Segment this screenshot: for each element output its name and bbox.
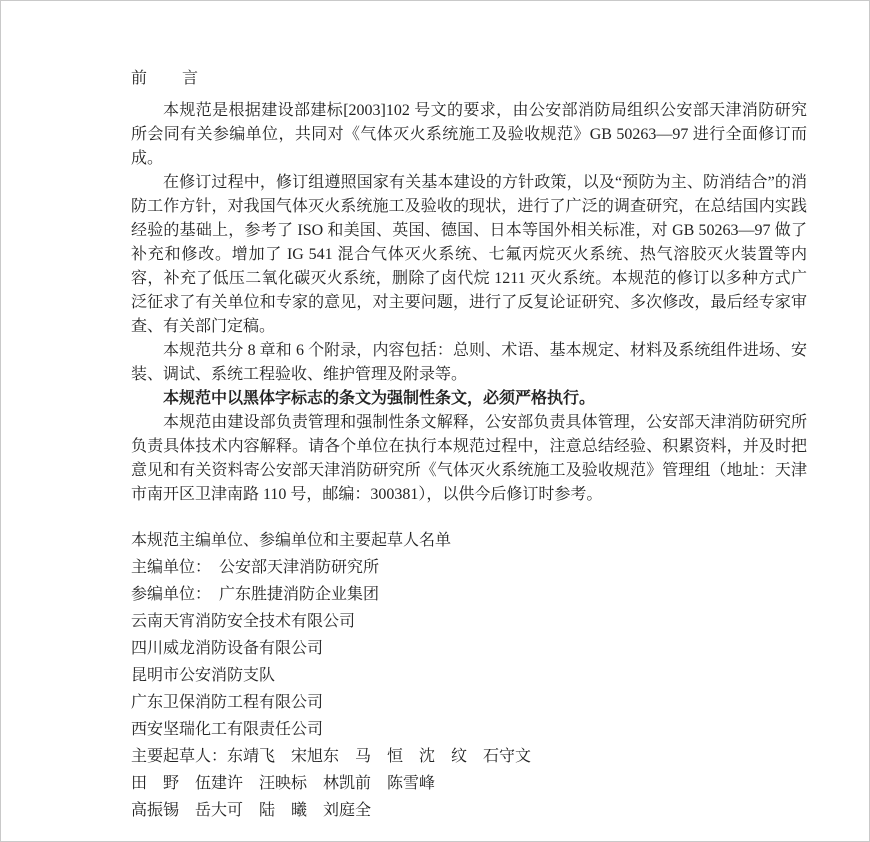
- drafters-line: 主要起草人：东靖飞 宋旭东 马 恒 沈 纹 石守文: [131, 743, 807, 770]
- co-editor-line: 参编单位： 广东胜捷消防企业集团: [131, 581, 807, 608]
- drafters-line: 田 野 伍建许 汪映标 林凯前 陈雪峰: [131, 770, 807, 797]
- foreword-title: 前 言: [131, 69, 807, 89]
- co-editor-line: 云南天宵消防安全技术有限公司: [131, 608, 807, 635]
- paragraph-revision-process: 在修订过程中，修订组遵照国家有关基本建设的方针政策，以及“预防为主、防消结合”的…: [131, 171, 807, 339]
- chief-editor-line: 主编单位： 公安部天津消防研究所: [131, 554, 807, 581]
- co-editor-line: 西安坚瑞化工有限责任公司: [131, 716, 807, 743]
- credits-section: 本规范主编单位、参编单位和主要起草人名单 主编单位： 公安部天津消防研究所 参编…: [131, 527, 807, 824]
- co-editor-line: 广东卫保消防工程有限公司: [131, 689, 807, 716]
- drafters-line: 高振锡 岳大可 陆 曦 刘庭全: [131, 797, 807, 824]
- page-content: 前 言 本规范是根据建设部建标[2003]102 号文的要求，由公安部消防局组织…: [131, 69, 807, 824]
- paragraph-contents-overview: 本规范共分 8 章和 6 个附录，内容包括：总则、术语、基本规定、材料及系统组件…: [131, 339, 807, 387]
- paragraph-origin: 本规范是根据建设部建标[2003]102 号文的要求，由公安部消防局组织公安部天…: [131, 99, 807, 171]
- co-editor-line: 四川威龙消防设备有限公司: [131, 635, 807, 662]
- mandatory-clause-notice: 本规范中以黑体字标志的条文为强制性条文，必须严格执行。: [131, 387, 807, 411]
- paragraph-management: 本规范由建设部负责管理和强制性条文解释，公安部负责具体管理，公安部天津消防研究所…: [131, 411, 807, 507]
- credits-heading: 本规范主编单位、参编单位和主要起草人名单: [131, 527, 807, 554]
- document-page: 前 言 本规范是根据建设部建标[2003]102 号文的要求，由公安部消防局组织…: [0, 0, 870, 842]
- co-editor-line: 昆明市公安消防支队: [131, 662, 807, 689]
